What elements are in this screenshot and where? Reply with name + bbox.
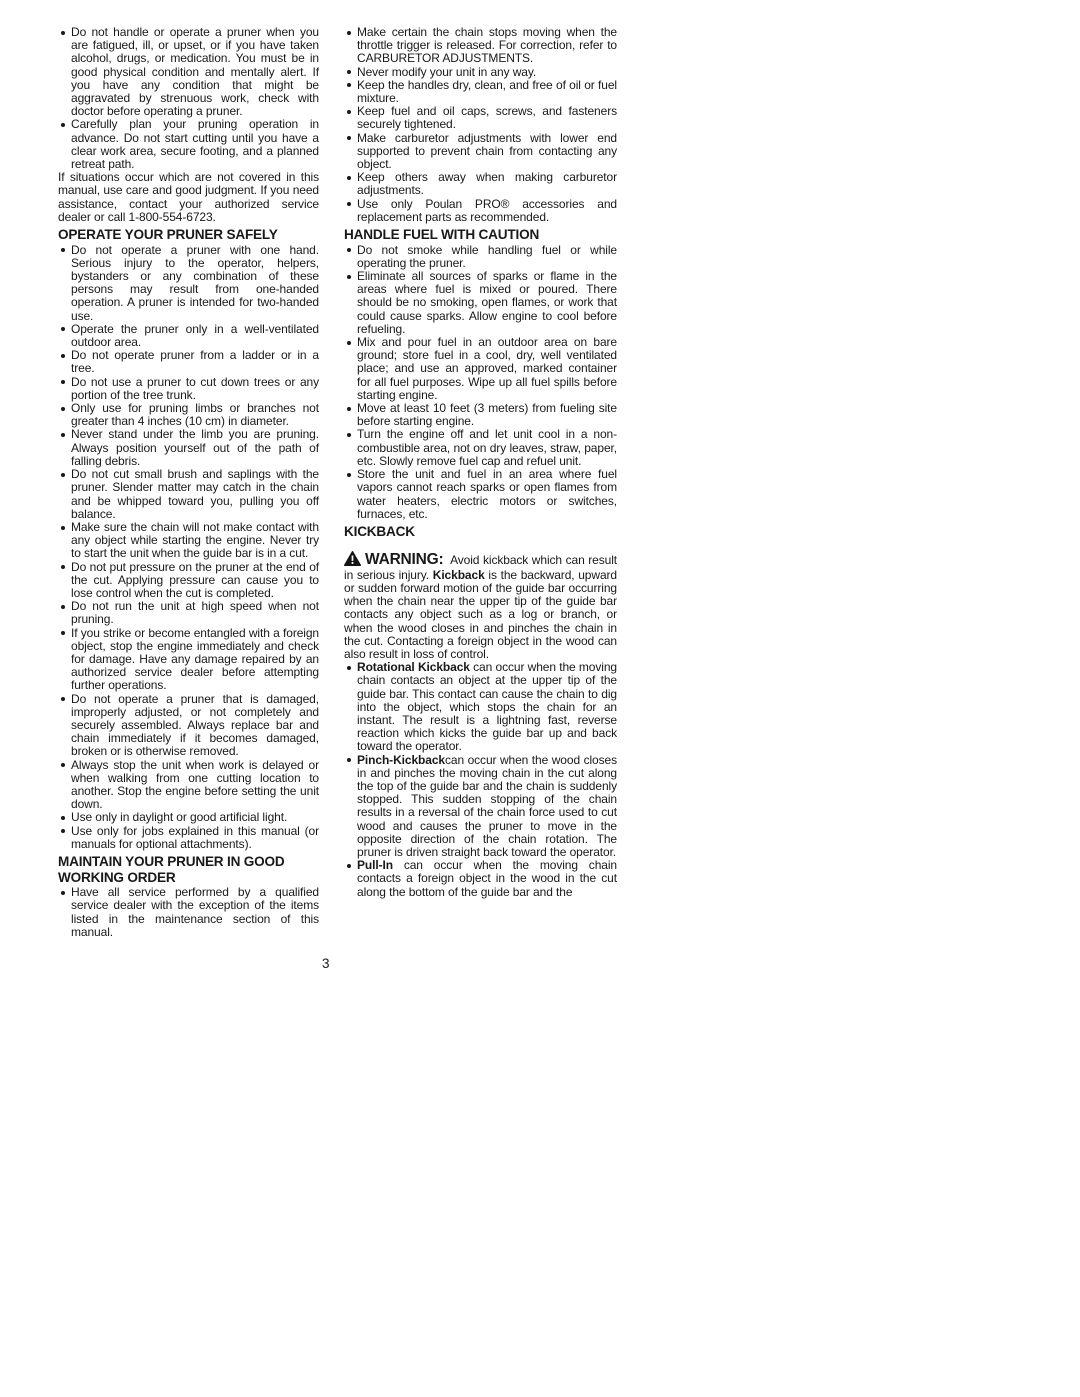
manual-page: Do not handle or operate a pruner when y… <box>0 0 1080 1397</box>
bullet-text: Move at least 10 feet (3 meters) from fu… <box>357 401 617 428</box>
section-heading-kickback: KICKBACK <box>344 524 617 540</box>
bullet-item: Make carburetor adjustments with lower e… <box>344 132 617 172</box>
bullet-item: Turn the engine off and let unit cool in… <box>344 428 617 468</box>
bullet-item: Make certain the chain stops moving when… <box>344 26 617 66</box>
bullet-item: Do not put pressure on the pruner at the… <box>58 561 319 601</box>
warning-paragraph: WARNING: Avoid kickback which can result… <box>344 551 617 662</box>
bullet-text: Do not operate a pruner that is damaged,… <box>71 692 319 759</box>
bullet-text: Carefully plan your pruning operation in… <box>71 117 319 171</box>
bullet-item: Use only for jobs explained in this manu… <box>58 825 319 851</box>
bullet-item: Operate the pruner only in a well-ventil… <box>58 323 319 349</box>
bullet-bold-lead: Rotational Kickback <box>357 660 470 674</box>
bullet-item: Carefully plan your pruning operation in… <box>58 118 319 171</box>
bullet-item: Keep others away when making carburetor … <box>344 171 617 197</box>
bullet-bold-lead: Pull-In <box>357 858 393 872</box>
bullet-item: Only use for pruning limbs or branches n… <box>58 402 319 428</box>
bullet-text: Do not put pressure on the pruner at the… <box>71 560 319 600</box>
bullet-item: Eliminate all sources of sparks or flame… <box>344 270 617 336</box>
bullet-text: Do not cut small brush and saplings with… <box>71 467 319 521</box>
bullet-text: If you strike or become entangled with a… <box>71 626 319 693</box>
bullet-text: Operate the pruner only in a well-ventil… <box>71 322 319 349</box>
bullet-text: Keep the handles dry, clean, and free of… <box>357 78 617 105</box>
bullet-text: Never modify your unit in any way. <box>357 65 536 79</box>
bullet-text: can occur when the moving chain contacts… <box>357 858 617 898</box>
bullet-item: Keep the handles dry, clean, and free of… <box>344 79 617 105</box>
warning-label: WARNING: <box>365 551 443 568</box>
bullet-item: Do not smoke while handling fuel or whil… <box>344 244 617 270</box>
warning-triangle-icon <box>344 551 361 569</box>
bullet-text: Mix and pour fuel in an outdoor area on … <box>357 335 617 402</box>
warning-text: is the backward, upward or sudden forwar… <box>344 568 617 661</box>
bullet-item: Always stop the unit when work is delaye… <box>58 759 319 812</box>
kickback-bullet: Pinch-Kickbackcan occur when the wood cl… <box>344 754 617 860</box>
bullet-item: Do not operate a pruner that is damaged,… <box>58 693 319 759</box>
bullet-text: Do not handle or operate a pruner when y… <box>71 25 319 118</box>
right-column: Make certain the chain stops moving when… <box>344 26 617 899</box>
bullet-text: Keep others away when making carburetor … <box>357 170 617 197</box>
bullet-text: can occur when the moving chain contacts… <box>357 660 617 753</box>
bullet-text: Make carburetor adjustments with lower e… <box>357 131 617 171</box>
bullet-text: Have all service performed by a qualifie… <box>71 885 319 939</box>
bullet-item: Do not run the unit at high speed when n… <box>58 600 319 626</box>
bullet-text: Make sure the chain will not make contac… <box>71 520 319 560</box>
bullet-text: Only use for pruning limbs or branches n… <box>71 401 319 428</box>
bullet-text: Use only for jobs explained in this manu… <box>71 824 319 851</box>
bullet-item: If you strike or become entangled with a… <box>58 627 319 693</box>
bullet-text: can occur when the wood closes in and pi… <box>357 753 617 859</box>
bullet-item: Use only Poulan PRO® accessories and rep… <box>344 198 617 224</box>
bullet-item: Do not handle or operate a pruner when y… <box>58 26 319 118</box>
bullet-item: Do not operate pruner from a ladder or i… <box>58 349 319 375</box>
bullet-item: Keep fuel and oil caps, screws, and fast… <box>344 105 617 131</box>
bullet-text: Store the unit and fuel in an area where… <box>357 467 617 521</box>
bullet-text: Eliminate all sources of sparks or flame… <box>357 269 617 336</box>
bullet-bold-lead: Pinch-Kickback <box>357 753 445 767</box>
section-heading-operate: OPERATE YOUR PRUNER SAFELY <box>58 227 319 243</box>
bullet-text: Do not use a pruner to cut down trees or… <box>71 375 319 402</box>
bullet-item: Do not cut small brush and saplings with… <box>58 468 319 521</box>
bullet-item: Mix and pour fuel in an outdoor area on … <box>344 336 617 402</box>
bullet-item: Have all service performed by a qualifie… <box>58 886 319 939</box>
bullet-item: Move at least 10 feet (3 meters) from fu… <box>344 402 617 428</box>
warning-bold-word: Kickback <box>433 568 485 582</box>
bullet-text: Do not operate pruner from a ladder or i… <box>71 348 319 375</box>
section-heading-fuel: HANDLE FUEL WITH CAUTION <box>344 227 617 243</box>
bullet-text: Do not operate a pruner with one hand. S… <box>71 243 319 323</box>
left-column: Do not handle or operate a pruner when y… <box>58 26 319 939</box>
bullet-text: Use only in daylight or good artificial … <box>71 810 287 824</box>
bullet-text: Use only Poulan PRO® accessories and rep… <box>357 197 617 224</box>
bullet-item: Never stand under the limb you are pruni… <box>58 428 319 468</box>
bullet-text: Always stop the unit when work is delaye… <box>71 758 319 812</box>
bullet-item: Do not use a pruner to cut down trees or… <box>58 376 319 402</box>
bullet-item: Make sure the chain will not make contac… <box>58 521 319 561</box>
page-number: 3 <box>322 956 330 971</box>
bullet-item: Store the unit and fuel in an area where… <box>344 468 617 521</box>
bullet-text: Keep fuel and oil caps, screws, and fast… <box>357 104 617 131</box>
note-paragraph: If situations occur which are not covere… <box>58 171 319 224</box>
bullet-text: Make certain the chain stops moving when… <box>357 25 617 65</box>
bullet-text: Turn the engine off and let unit cool in… <box>357 427 617 467</box>
section-heading-maintain: MAINTAIN YOUR PRUNER IN GOOD WORKING ORD… <box>58 854 319 885</box>
bullet-text: Never stand under the limb you are pruni… <box>71 427 319 467</box>
bullet-text: Do not smoke while handling fuel or whil… <box>357 243 617 270</box>
bullet-item: Do not operate a pruner with one hand. S… <box>58 244 319 323</box>
kickback-bullet: Rotational Kickback can occur when the m… <box>344 661 617 753</box>
kickback-bullet: Pull-In can occur when the moving chain … <box>344 859 617 899</box>
bullet-text: Do not run the unit at high speed when n… <box>71 599 319 626</box>
